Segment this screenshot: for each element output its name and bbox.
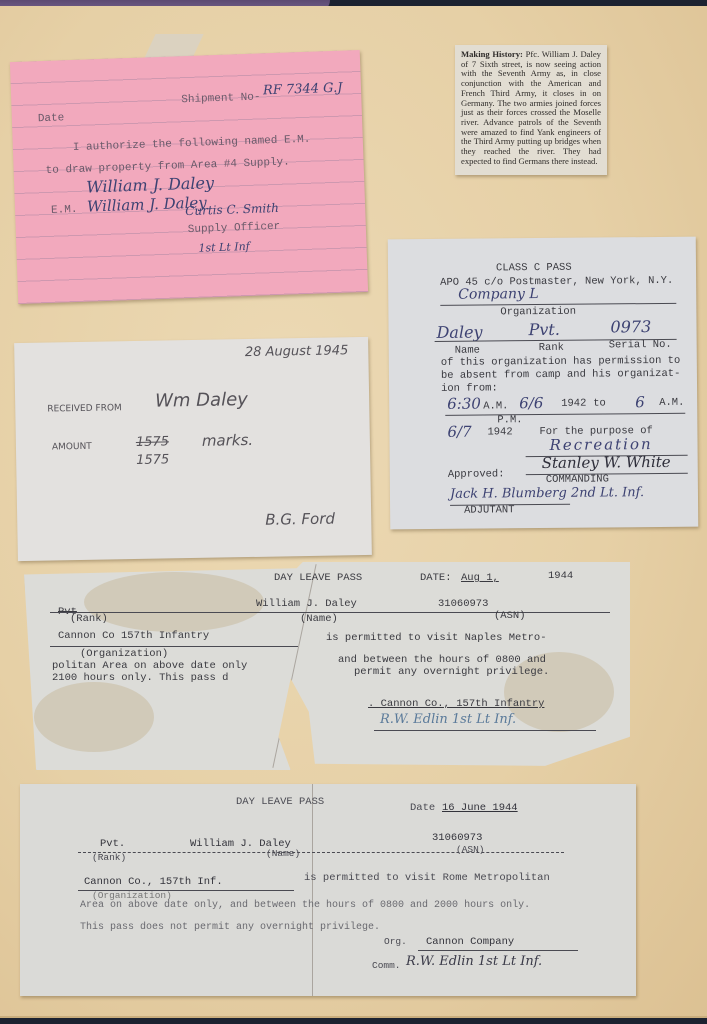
rank-label: Rank — [539, 342, 564, 354]
amount-value: 1575 — [136, 452, 169, 468]
org-footer-label: Org. — [384, 936, 407, 947]
date-label: DATE: — [420, 572, 452, 584]
comm-signature: R.W. Edlin 1st Lt Inf. — [406, 954, 542, 969]
asn-value: 31060973 — [432, 832, 482, 844]
adjutant-signature: Jack H. Blumberg 2nd Lt. Inf. — [450, 485, 644, 502]
amount-label: AMOUNT — [52, 442, 92, 453]
authorize-line: I authorize the following named E.M. — [73, 134, 311, 154]
rank-value: Pvt. — [100, 838, 125, 850]
organization-value: Company L — [458, 286, 539, 303]
to-time: 6 — [635, 393, 645, 411]
class-c-pass: CLASS C PASS APO 45 c/o Postmaster, New … — [388, 237, 699, 530]
body-line-3: ion from: — [441, 382, 498, 394]
purpose-value: Recreation — [549, 435, 652, 454]
approved-label: Approved: — [448, 468, 505, 480]
from-ampm: A.M. — [483, 400, 508, 412]
em-label: E.M. — [51, 204, 78, 217]
serial-label: Serial No. — [609, 339, 672, 352]
pass-title: CLASS C PASS — [496, 262, 572, 275]
pass-title: DAY LEAVE PASS — [274, 572, 362, 584]
receipt-signature: B.G. Ford — [265, 510, 335, 529]
commanding-label: COMMANDING — [546, 473, 609, 486]
officer-title: Supply Officer — [188, 221, 281, 236]
body-line-1: of this organization has permission to — [441, 355, 681, 369]
rome-day-leave-pass: DAY LEAVE PASS Date 16 June 1944 Pvt. Wi… — [20, 784, 636, 996]
supply-authorization-card: Date Shipment No- RF 7344 G.J I authoriz… — [10, 50, 368, 304]
currency: marks. — [202, 431, 254, 450]
year: 1944 — [548, 570, 573, 582]
from-time: 6:30 — [447, 395, 481, 413]
body-line-2b: and between the hours of 0800 and — [338, 654, 546, 666]
date-value: 16 June 1944 — [442, 802, 518, 814]
amount-struck: 1575 — [136, 434, 169, 450]
shipment-label: Shipment No- — [181, 91, 261, 106]
org-footer: . Cannon Co., 157th Infantry — [368, 698, 544, 710]
torn-paper-remnant — [144, 34, 203, 58]
received-from-label: RECEIVED FROM — [47, 403, 122, 414]
name-value: William J. Daley — [256, 598, 357, 610]
rank-value: Pvt. — [528, 320, 559, 339]
pm-label: P.M. — [497, 414, 522, 426]
org-footer-value: Cannon Company — [426, 936, 514, 948]
year-1: 1942 — [561, 398, 586, 410]
rank-label: (Rank) — [92, 852, 126, 863]
date-label: Date — [38, 112, 65, 125]
year-2: 1942 — [487, 426, 512, 438]
body-line-3: This pass does not permit any overnight … — [80, 922, 380, 933]
body-line-2: Area on above date only, and between the… — [80, 900, 530, 911]
organization-value: Cannon Co., 157th Inf. — [84, 876, 223, 888]
officer-signature: Curtis C. Smith — [185, 201, 279, 218]
naples-day-leave-pass: DAY LEAVE PASS DATE: Aug 1, 1944 Pvt Wil… — [24, 562, 630, 770]
name-label: Name — [455, 345, 480, 357]
comm-signature: R.W. Edlin 1st Lt Inf. — [380, 712, 516, 727]
adjutant-label: ADJUTANT — [464, 504, 515, 516]
to-date: 6/7 — [447, 423, 471, 441]
name-label: (Name) — [266, 848, 300, 859]
body-line-1: is permitted to visit Naples Metro- — [326, 632, 547, 644]
serial-value: 0973 — [610, 317, 651, 336]
body-line-3b: permit any overnight privilege. — [354, 666, 549, 678]
date-label: Date — [410, 802, 435, 814]
name-label: (Name) — [300, 613, 338, 625]
marks-receipt: 28 August 1945 RECEIVED FROM Wm Daley AM… — [14, 337, 372, 561]
clipping-headline: Making History: — [461, 49, 523, 59]
shipment-number: RF 7344 G.J — [263, 81, 343, 99]
to-label: to — [593, 397, 606, 409]
organization-value: Cannon Co 157th Infantry — [58, 630, 209, 642]
date-value: Aug 1, — [461, 572, 499, 584]
receipt-date: 28 August 1945 — [245, 343, 349, 360]
commanding-signature: Stanley W. White — [542, 453, 671, 472]
organization-label: (Organization) — [80, 648, 168, 660]
body-line-2a: politan Area on above date only — [52, 660, 247, 672]
asn-label: (ASN) — [494, 610, 526, 622]
clipping-text: Making History: Pfc. William J. Daley of… — [461, 50, 601, 166]
news-clipping: Making History: Pfc. William J. Daley of… — [455, 45, 607, 175]
officer-unit: 1st Lt Inf — [198, 240, 250, 255]
body-line-3a: 2100 hours only. This pass d — [52, 672, 228, 684]
asn-value: 31060973 — [438, 598, 488, 610]
asn-label: (ASN) — [456, 844, 485, 855]
comm-label: Comm. — [372, 960, 401, 971]
organization-label: Organization — [500, 306, 576, 319]
to-ampm: A.M. — [659, 397, 684, 409]
received-from-name: Wm Daley — [155, 389, 248, 412]
pass-title: DAY LEAVE PASS — [236, 796, 324, 808]
from-date: 6/6 — [519, 394, 543, 412]
body-line-2: be absent from camp and his organizat- — [441, 368, 681, 382]
rank-label: (Rank) — [70, 613, 108, 625]
body-line-1: is permitted to visit Rome Metropolitan — [304, 872, 550, 884]
name-value: Daley — [436, 323, 482, 342]
